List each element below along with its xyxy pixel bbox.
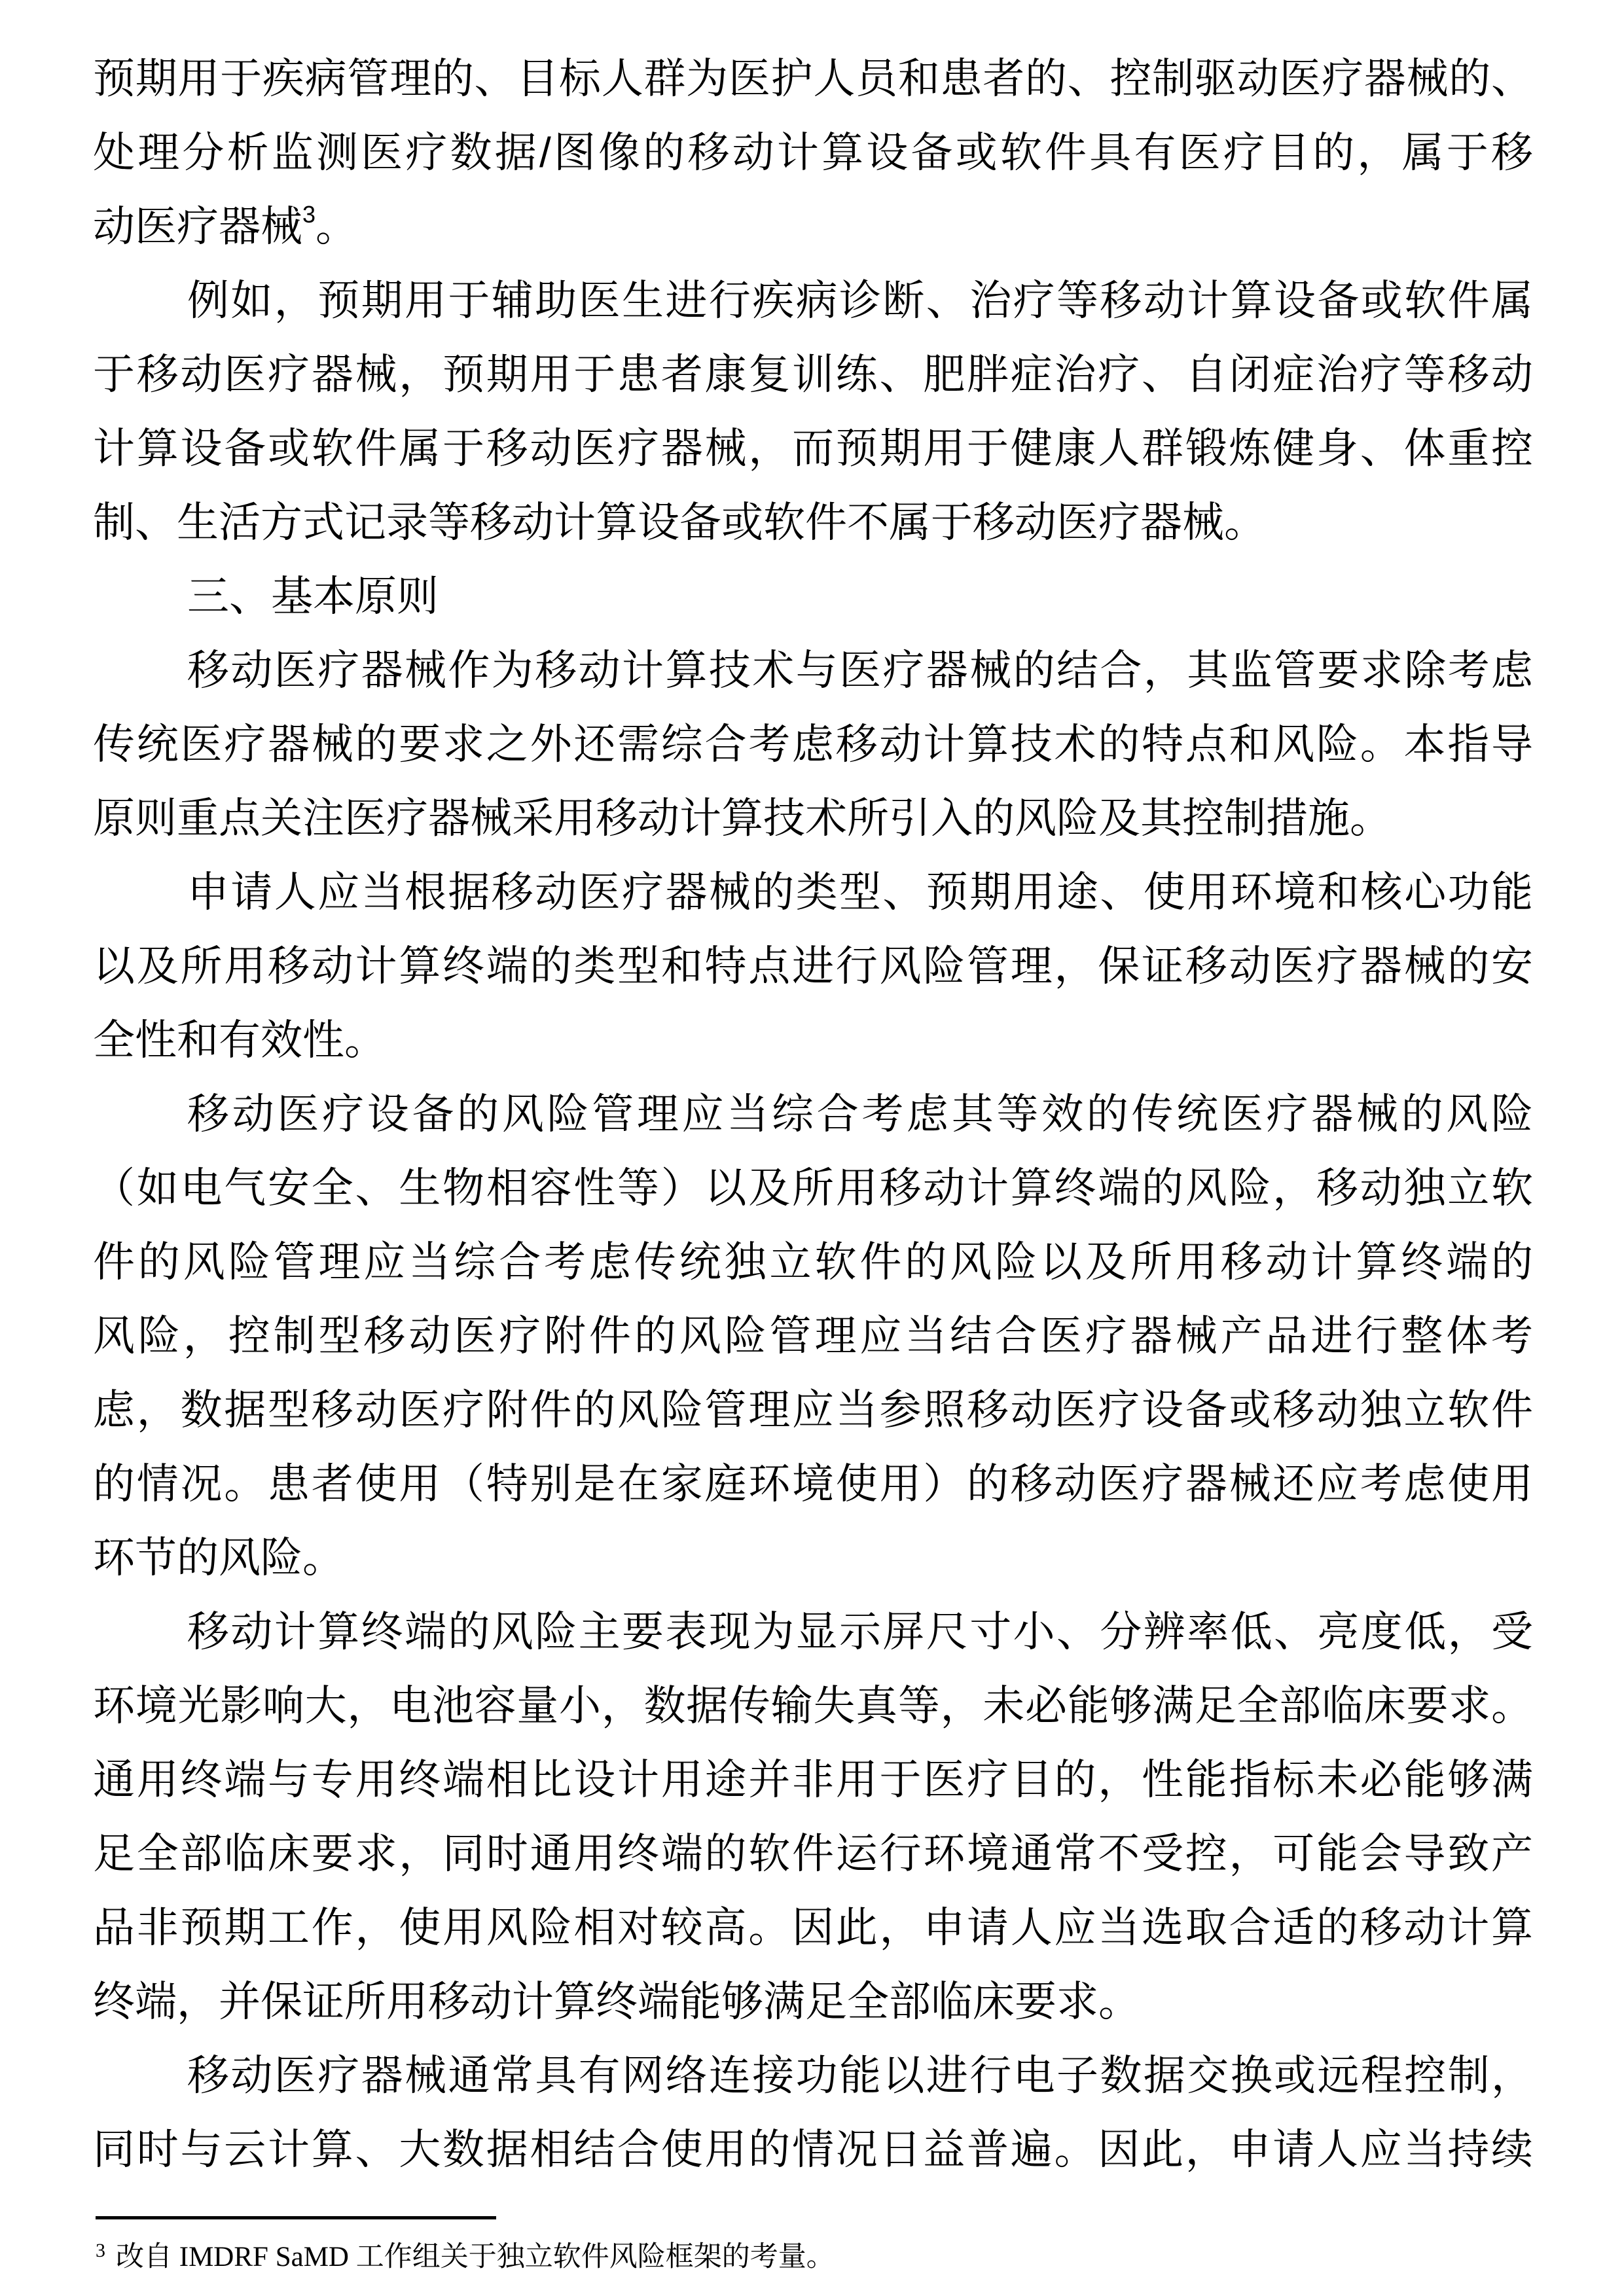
text-line: 以及所用移动计算终端的类型和特点进行风险管理，保证移动医疗器械的安 xyxy=(93,929,1533,1003)
text-line: 全性和有效性。 xyxy=(93,1003,1533,1077)
text-line: 通用终端与专用终端相比设计用途并非用于医疗目的，性能指标未必能够满 xyxy=(93,1743,1533,1817)
text-line: 于移动医疗器械，预期用于患者康复训练、肥胖症治疗、自闭症治疗等移动 xyxy=(93,338,1533,412)
footnote-ref-superscript: 3 xyxy=(302,201,316,228)
text-line: 处理分析监测医疗数据/图像的移动计算设备或软件具有医疗目的，属于移 xyxy=(93,116,1533,190)
text-line: 环节的风险。 xyxy=(93,1521,1533,1595)
footnote-marker: 3 xyxy=(96,2240,105,2261)
footnote-separator xyxy=(96,2216,496,2219)
text-line: 同时与云计算、大数据相结合使用的情况日益普遍。因此，申请人应当持续 xyxy=(93,2113,1533,2187)
text-line: 预期用于疾病管理的、目标人群为医护人员和患者的、控制驱动医疗器械的、 xyxy=(93,42,1533,116)
text-line: 移动医疗器械作为移动计算技术与医疗器械的结合，其监管要求除考虑 xyxy=(93,634,1533,708)
text-line: 原则重点关注医疗器械采用移动计算技术所引入的风险及其控制措施。 xyxy=(93,781,1533,855)
text-line: 虑，数据型移动医疗附件的风险管理应当参照移动医疗设备或移动独立软件 xyxy=(93,1373,1533,1447)
text-line: 移动医疗设备的风险管理应当综合考虑其等效的传统医疗器械的风险 xyxy=(93,1077,1533,1151)
text-line: 足全部临床要求，同时通用终端的软件运行环境通常不受控，可能会导致产 xyxy=(93,1817,1533,1891)
text-line: 风险，控制型移动医疗附件的风险管理应当结合医疗器械产品进行整体考 xyxy=(93,1299,1533,1373)
text-line: （如电气安全、生物相容性等）以及所用移动计算终端的风险，移动独立软 xyxy=(93,1151,1533,1225)
text-line: 动医疗器械3。 xyxy=(93,190,1533,264)
footnote-text: 改自 IMDRF SaMD 工作组关于独立软件风险框架的考量。 xyxy=(116,2242,835,2272)
text-line: 申请人应当根据移动医疗器械的类型、预期用途、使用环境和核心功能 xyxy=(93,855,1533,929)
text-line: 移动医疗器械通常具有网络连接功能以进行电子数据交换或远程控制， xyxy=(93,2039,1533,2113)
text-line: 品非预期工作，使用风险相对较高。因此，申请人应当选取合适的移动计算 xyxy=(93,1891,1533,1965)
document-body: 预期用于疾病管理的、目标人群为医护人员和患者的、控制驱动医疗器械的、处理分析监测… xyxy=(93,42,1533,2187)
text-line: 制、生活方式记录等移动计算设备或软件不属于移动医疗器械。 xyxy=(93,486,1533,560)
text-line: 环境光影响大，电池容量小，数据传输失真等，未必能够满足全部临床要求。 xyxy=(93,1669,1533,1743)
document-page: 预期用于疾病管理的、目标人群为医护人员和患者的、控制驱动医疗器械的、处理分析监测… xyxy=(0,0,1624,2296)
text-line: 传统医疗器械的要求之外还需综合考虑移动计算技术的特点和风险。本指导 xyxy=(93,708,1533,781)
text-line: 终端，并保证所用移动计算终端能够满足全部临床要求。 xyxy=(93,1965,1533,2039)
text-line: 件的风险管理应当综合考虑传统独立软件的风险以及所用移动计算终端的 xyxy=(93,1225,1533,1299)
text-line: 例如，预期用于辅助医生进行疾病诊断、治疗等移动计算设备或软件属 xyxy=(93,264,1533,338)
section-heading: 三、基本原则 xyxy=(93,560,1533,634)
footnote: 3改自 IMDRF SaMD 工作组关于独立软件风险框架的考量。 xyxy=(96,2238,1536,2276)
text-line: 移动计算终端的风险主要表现为显示屏尺寸小、分辨率低、亮度低，受 xyxy=(93,1595,1533,1669)
text-line: 的情况。患者使用（特别是在家庭环境使用）的移动医疗器械还应考虑使用 xyxy=(93,1447,1533,1521)
text-line: 计算设备或软件属于移动医疗器械，而预期用于健康人群锻炼健身、体重控 xyxy=(93,412,1533,486)
